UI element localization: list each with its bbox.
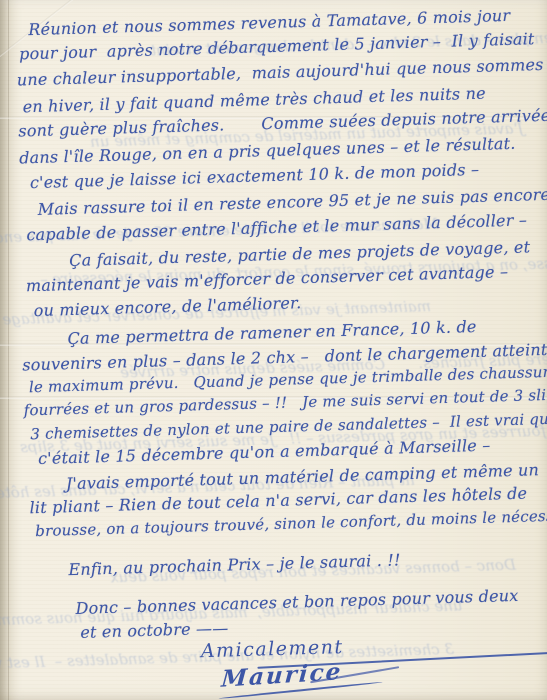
letter-line: Enfin, au prochain Prix – je le saurai .… [68, 549, 401, 580]
letter-line: ou mieux encore, de l'améliorer. [33, 292, 301, 321]
letter-line: Donc – bonnes vacances et bon repos pour… [75, 585, 518, 619]
letter-body: Réunion et nous sommes revenus à Tamatav… [0, 0, 547, 700]
letter-page: souvenirs en plus – dans le 2 chx – dont… [0, 0, 547, 700]
letter-line: et en octobre —— [80, 617, 229, 642]
